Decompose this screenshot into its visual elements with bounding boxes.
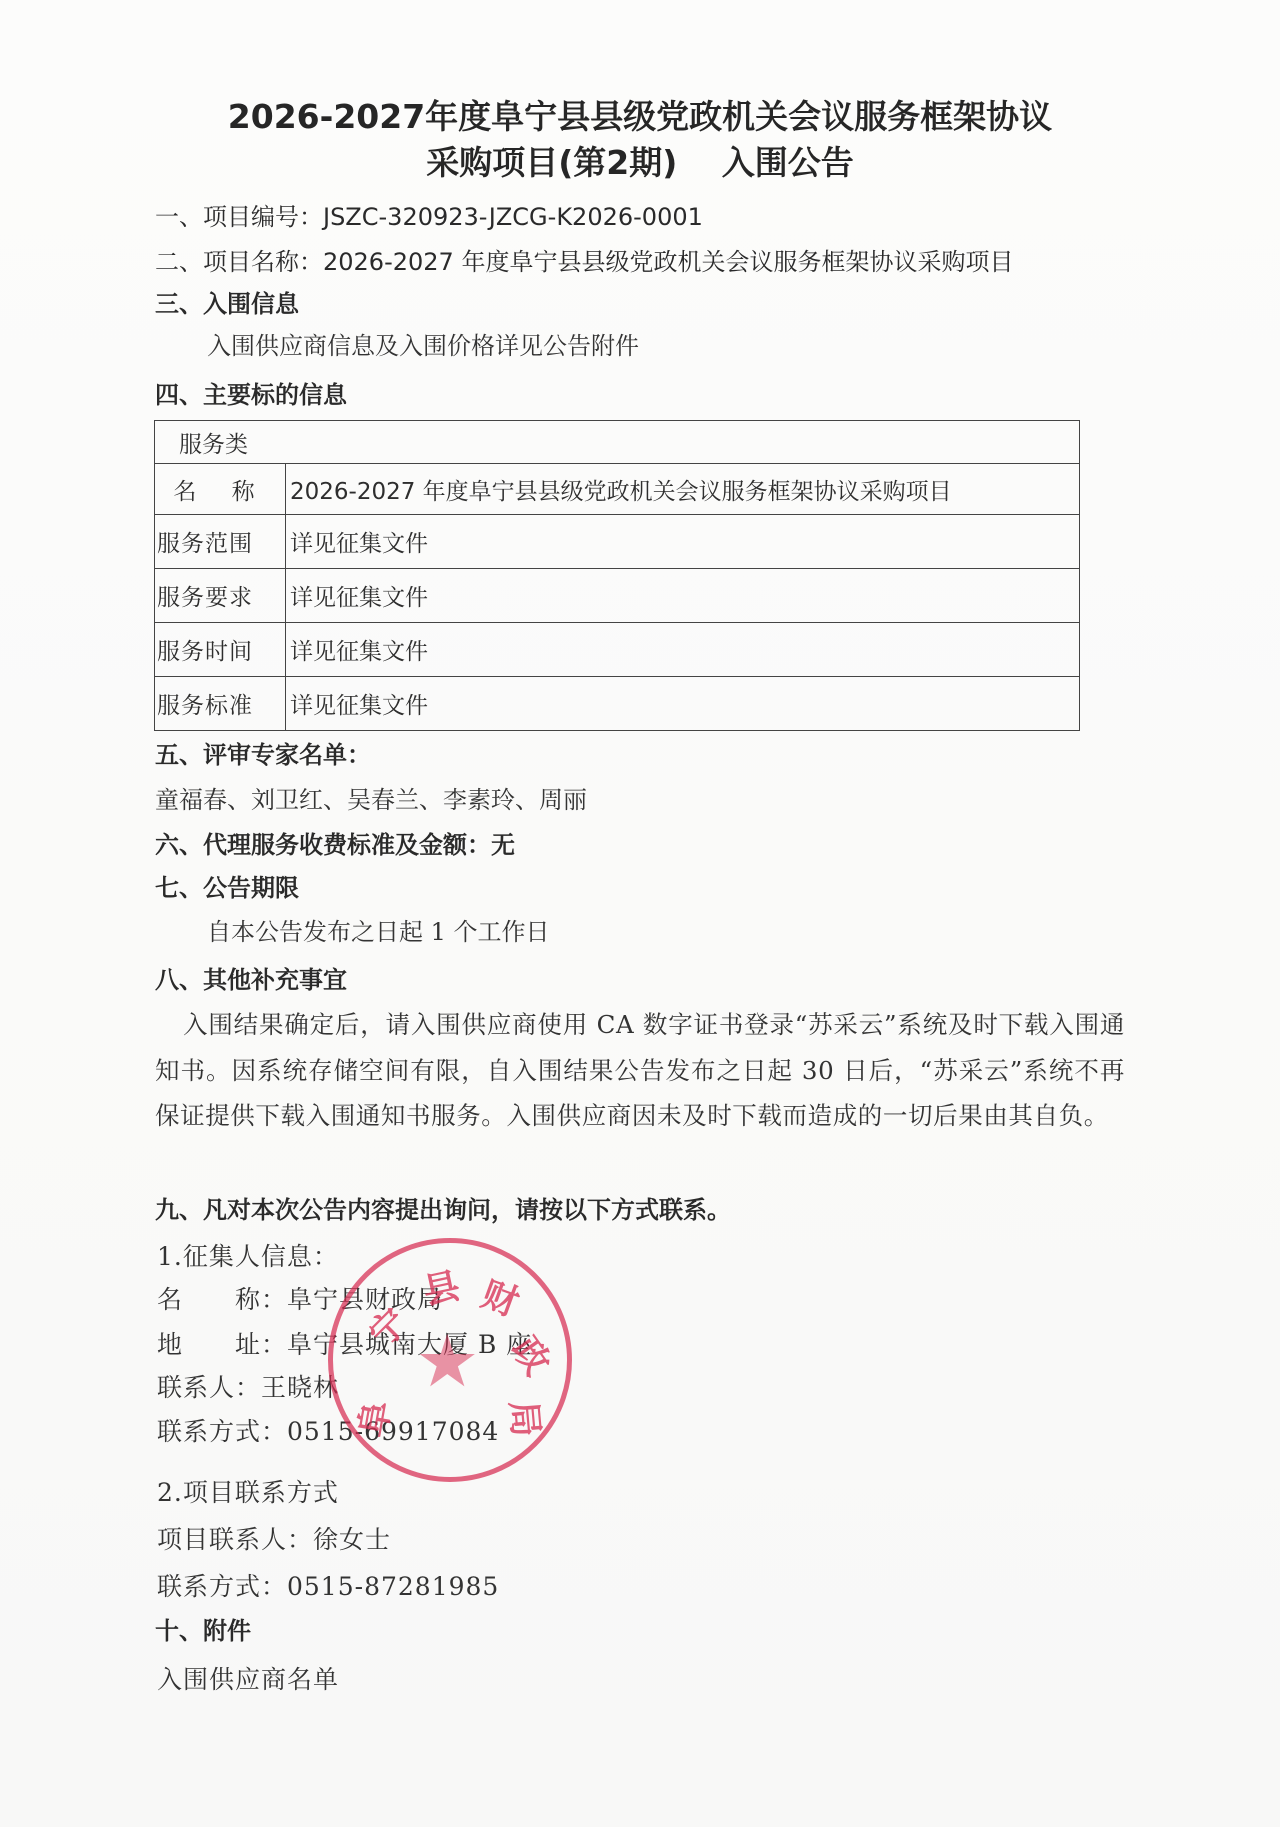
section-3-body: 入围供应商信息及入围价格详见公告附件 [207,334,639,358]
row-label: 服务要求 [155,569,286,623]
document-title-line2: 采购项目(第2期) 入围公告 [0,146,1280,179]
project-contact-heading: 2.项目联系方式 [157,1480,339,1505]
section-4-heading: 四、主要标的信息 [155,383,347,407]
stamp-char: 局 [500,1398,554,1438]
section-7-heading: 七、公告期限 [155,876,299,900]
stamp-char: 政 [502,1325,564,1384]
project-number: 一、项目编号：JSZC-320923-JZCG-K2026-0001 [155,205,703,229]
stamp-char: 县 [418,1258,464,1315]
collector-contact-person: 联系人：王晓林 [157,1375,339,1400]
row-value: 详见征集文件 [286,569,1080,623]
attachment-name: 入围供应商名单 [157,1667,339,1692]
table-row: 服务要求 详见征集文件 [155,569,1080,623]
table-row: 服务标准 详见征集文件 [155,677,1080,731]
project-contact-phone: 联系方式：0515-87281985 [157,1574,499,1599]
category-cell: 服务类 [155,421,1080,464]
document-title-line1: 2026-2027年度阜宁县县级党政机关会议服务框架协议 [0,100,1280,133]
row-label: 服务范围 [155,515,286,569]
section-10-heading: 十、附件 [155,1619,251,1643]
row-value: 2026-2027 年度阜宁县县级党政机关会议服务框架协议采购项目 [286,464,1080,515]
stamp-char: 财 [475,1266,526,1326]
official-seal-stamp: 阜 宁 县 财 政 局 ★ [328,1238,572,1482]
stamp-star-icon: ★ [415,1325,480,1397]
section-7-body: 自本公告发布之日起 1 个工作日 [207,920,550,944]
row-value: 详见征集文件 [286,677,1080,731]
row-label: 服务时间 [155,623,286,677]
row-value: 详见征集文件 [286,623,1080,677]
document-page: 2026-2027年度阜宁县县级党政机关会议服务框架协议 采购项目(第2期) 入… [0,0,1280,1827]
section-8-heading: 八、其他补充事宜 [155,968,347,992]
subject-info-table: 服务类 名 称 2026-2027 年度阜宁县县级党政机关会议服务框架协议采购项… [154,420,1080,731]
row-value: 详见征集文件 [286,515,1080,569]
expert-list: 童福春、刘卫红、吴春兰、李素玲、周丽 [155,788,587,812]
section-9-heading: 九、凡对本次公告内容提出询问，请按以下方式联系。 [155,1198,731,1222]
section-3-heading: 三、入围信息 [155,292,299,316]
table-row-category: 服务类 [155,421,1080,464]
section-6: 六、代理服务收费标准及金额：无 [155,833,515,857]
project-name: 二、项目名称：2026-2027 年度阜宁县县级党政机关会议服务框架协议采购项目 [155,250,1013,274]
table-row: 服务范围 详见征集文件 [155,515,1080,569]
table-row: 服务时间 详见征集文件 [155,623,1080,677]
collector-heading: 1.征集人信息： [157,1244,339,1269]
stamp-char: 宁 [356,1296,418,1358]
stamp-char: 阜 [345,1396,401,1440]
project-contact-person: 项目联系人：徐女士 [157,1527,391,1552]
section-8-body: 入围结果确定后，请入围供应商使用 CA 数字证书登录“苏采云”系统及时下载入围通… [155,1002,1125,1139]
table-row: 名 称 2026-2027 年度阜宁县县级党政机关会议服务框架协议采购项目 [155,464,1080,515]
section-5-heading: 五、评审专家名单： [155,743,371,767]
row-label: 名 称 [155,464,286,515]
row-label: 服务标准 [155,677,286,731]
